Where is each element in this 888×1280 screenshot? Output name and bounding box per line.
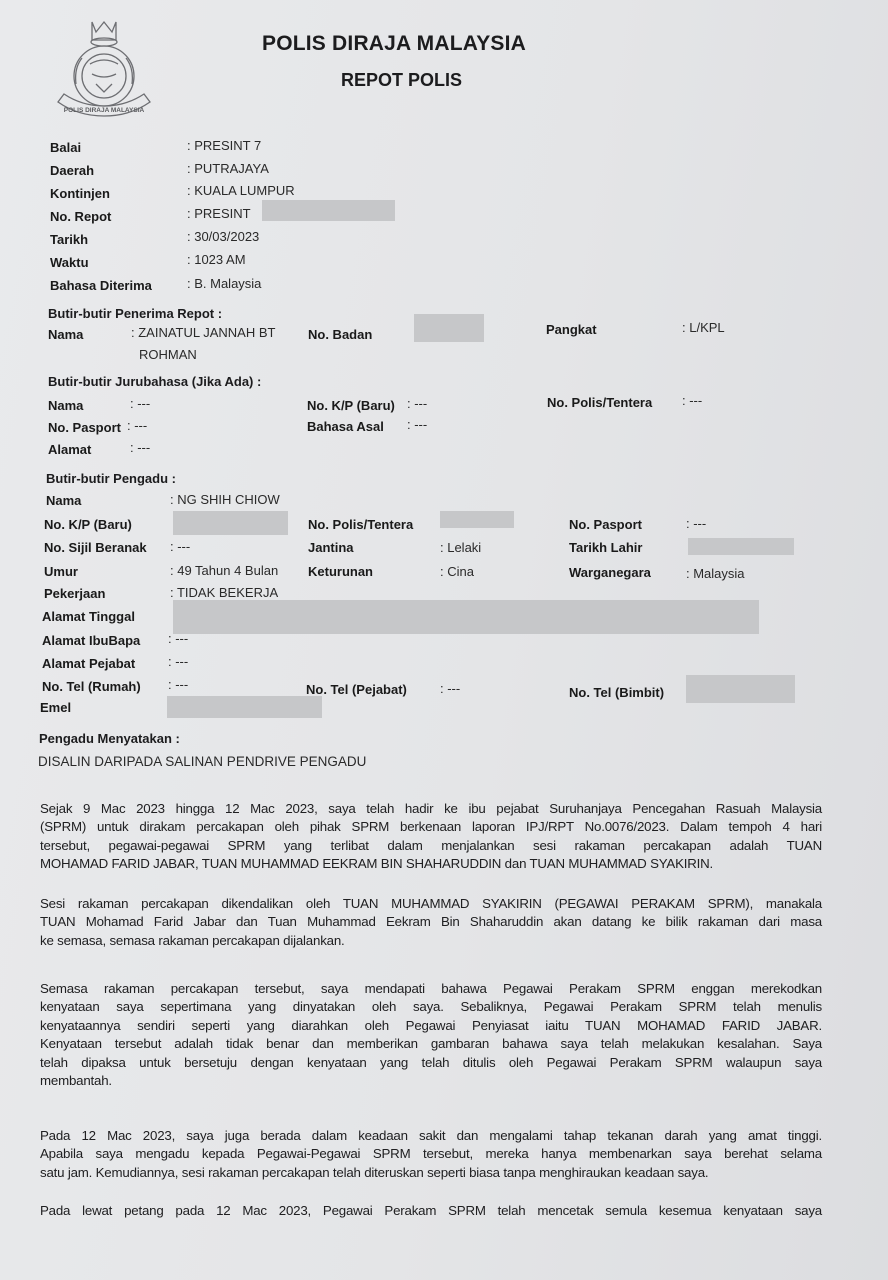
tel-pejabat-value: : --- <box>440 681 460 696</box>
jurubahasa-nama-label: Nama <box>48 398 83 413</box>
redacted-birth-date <box>688 538 794 555</box>
sijil-beranak-value: : --- <box>170 539 190 554</box>
jurubahasa-alamat-label: Alamat <box>48 442 91 457</box>
redacted-police-number <box>440 511 514 528</box>
no-repot-label: No. Repot <box>50 209 111 224</box>
penerima-section-heading: Butir-butir Penerima Repot : <box>48 306 222 321</box>
jurubahasa-polis-value: : --- <box>682 393 702 408</box>
warganegara-label: Warganegara <box>569 565 651 580</box>
redacted-home-address <box>173 600 759 634</box>
statement-paragraph-5: Pada lewat petang pada 12 Mac 2023, Pega… <box>40 1202 822 1220</box>
emel-label: Emel <box>40 700 71 715</box>
bahasa-diterima-label: Bahasa Diterima <box>50 278 152 293</box>
alamat-pejabat-label: Alamat Pejabat <box>42 656 135 671</box>
alamat-tinggal-label: Alamat Tinggal <box>42 609 135 624</box>
alamat-ibubapa-label: Alamat IbuBapa <box>42 633 140 648</box>
penerima-nama-value: : ZAINATUL JANNAH BT <box>131 325 275 340</box>
tel-pejabat-label: No. Tel (Pejabat) <box>306 682 407 697</box>
umur-label: Umur <box>44 564 78 579</box>
pengadu-polis-label: No. Polis/Tentera <box>308 517 413 532</box>
pdrm-crest-logo: POLIS DIRAJA MALAYSIA <box>52 14 156 126</box>
statement-paragraph-1: Sejak 9 Mac 2023 hingga 12 Mac 2023, say… <box>40 800 822 874</box>
redacted-email <box>167 696 322 718</box>
crest-icon: POLIS DIRAJA MALAYSIA <box>52 14 156 126</box>
jantina-value: : Lelaki <box>440 540 481 555</box>
warganegara-value: : Malaysia <box>686 566 745 581</box>
pekerjaan-value: : TIDAK BEKERJA <box>170 585 278 600</box>
pengadu-nama-value: : NG SHIH CHIOW <box>170 492 280 507</box>
jurubahasa-section-heading: Butir-butir Jurubahasa (Jika Ada) : <box>48 374 261 389</box>
daerah-value: : PUTRAJAYA <box>187 161 269 176</box>
redacted-badge-number <box>414 314 484 342</box>
tarikh-value: : 30/03/2023 <box>187 229 259 244</box>
redacted-mobile-number <box>686 675 795 703</box>
kontinjen-value: : KUALA LUMPUR <box>187 183 295 198</box>
no-repot-value: : PRESINT <box>187 206 251 221</box>
waktu-value: : 1023 AM <box>187 252 246 267</box>
waktu-label: Waktu <box>50 255 89 270</box>
kontinjen-label: Kontinjen <box>50 186 110 201</box>
pangkat-value: : L/KPL <box>682 320 725 335</box>
bahasa-asal-label: Bahasa Asal <box>307 419 384 434</box>
document-title: POLIS DIRAJA MALAYSIA <box>262 32 526 56</box>
statement-paragraph-2: Sesi rakaman percakapan dikendalikan ole… <box>40 895 822 950</box>
alamat-ibubapa-value: : --- <box>168 631 188 646</box>
keturunan-label: Keturunan <box>308 564 373 579</box>
pekerjaan-label: Pekerjaan <box>44 586 105 601</box>
tel-bimbit-label: No. Tel (Bimbit) <box>569 685 664 700</box>
jurubahasa-kp-value: : --- <box>407 396 427 411</box>
daerah-label: Daerah <box>50 163 94 178</box>
balai-label: Balai <box>50 140 81 155</box>
tarikh-lahir-label: Tarikh Lahir <box>569 540 642 555</box>
tarikh-label: Tarikh <box>50 232 88 247</box>
jurubahasa-pasport-value: : --- <box>127 418 147 433</box>
penerima-nama-value-line2: ROHMAN <box>139 347 197 362</box>
pengadu-nama-label: Nama <box>46 493 81 508</box>
redacted-report-number <box>262 200 395 221</box>
statement-paragraph-4: Pada 12 Mac 2023, saya juga berada dalam… <box>40 1127 822 1182</box>
pengadu-kp-label: No. K/P (Baru) <box>44 517 132 532</box>
bahasa-diterima-value: : B. Malaysia <box>187 276 261 291</box>
tel-rumah-label: No. Tel (Rumah) <box>42 679 141 694</box>
sijil-beranak-label: No. Sijil Beranak <box>44 540 147 555</box>
penerima-nama-label: Nama <box>48 327 83 342</box>
document-subtitle: REPOT POLIS <box>341 70 462 91</box>
jurubahasa-kp-label: No. K/P (Baru) <box>307 398 395 413</box>
pengadu-pasport-value: : --- <box>686 516 706 531</box>
redacted-ic-number <box>173 511 288 535</box>
jantina-label: Jantina <box>308 540 354 555</box>
keturunan-value: : Cina <box>440 564 474 579</box>
statement-heading: Pengadu Menyatakan : <box>39 731 180 746</box>
balai-value: : PRESINT 7 <box>187 138 261 153</box>
jurubahasa-nama-value: : --- <box>130 396 150 411</box>
umur-value: : 49 Tahun 4 Bulan <box>170 563 278 578</box>
pangkat-label: Pangkat <box>546 322 597 337</box>
bahasa-asal-value: : --- <box>407 417 427 432</box>
no-badan-label: No. Badan <box>308 327 372 342</box>
jurubahasa-polis-label: No. Polis/Tentera <box>547 395 652 410</box>
tel-rumah-value: : --- <box>168 677 188 692</box>
jurubahasa-pasport-label: No. Pasport <box>48 420 121 435</box>
pengadu-section-heading: Butir-butir Pengadu : <box>46 471 176 486</box>
statement-paragraph-3: Semasa rakaman percakapan tersebut, saya… <box>40 980 822 1090</box>
statement-source-note: DISALIN DARIPADA SALINAN PENDRIVE PENGAD… <box>38 754 366 769</box>
pengadu-pasport-label: No. Pasport <box>569 517 642 532</box>
alamat-pejabat-value: : --- <box>168 654 188 669</box>
jurubahasa-alamat-value: : --- <box>130 440 150 455</box>
svg-text:POLIS DIRAJA MALAYSIA: POLIS DIRAJA MALAYSIA <box>64 107 145 114</box>
